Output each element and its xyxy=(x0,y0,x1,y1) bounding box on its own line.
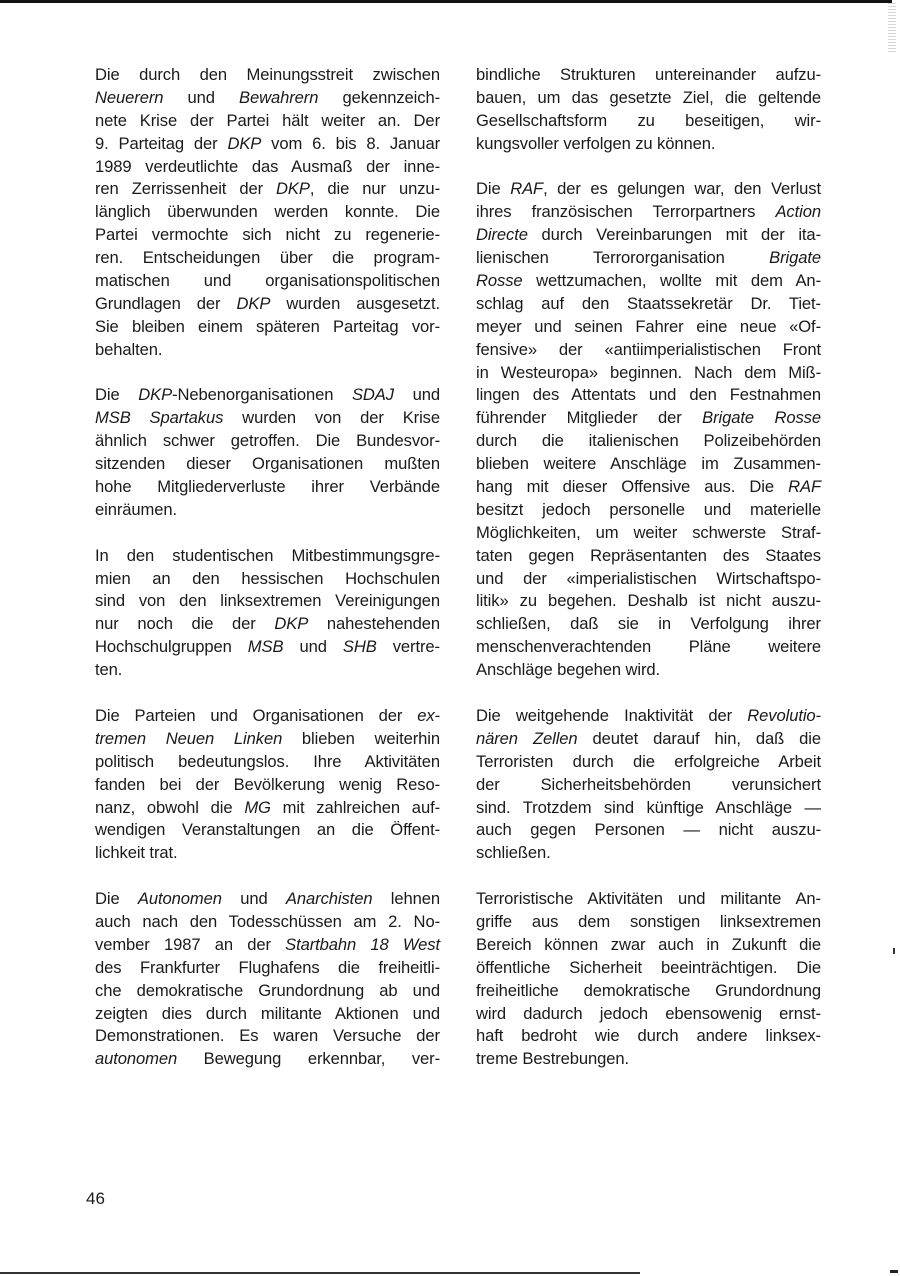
italic-term: Bewahrern xyxy=(239,88,318,107)
text-line: Terroristische Aktivitäten und militante… xyxy=(476,888,821,911)
text-run: und xyxy=(283,637,342,656)
text-line: taten gegen Repräsentanten des Staates xyxy=(476,545,821,568)
text-run: nanz, obwohl die xyxy=(95,798,244,817)
paragraph: Die durch den Meinungsstreit zwischenNeu… xyxy=(95,64,440,362)
text-run: Anschläge begehen wird. xyxy=(476,660,660,679)
text-run: und xyxy=(222,889,286,908)
text-run: haft bedroht wie durch andere linksex- xyxy=(476,1026,821,1045)
text-line: und der «imperialistischen Wirtschaftspo… xyxy=(476,568,821,591)
text-line: fanden bei der Bevölkerung wenig Reso- xyxy=(95,774,440,797)
text-run: sind. Trotzdem sind künftige Anschläge — xyxy=(476,798,821,817)
text-line: Neuerern und Bewahrern gekennzeich- xyxy=(95,87,440,110)
text-run: lingen des Attentats und den Festnahmen xyxy=(476,385,821,404)
text-line: hang mit dieser Offensive aus. Die RAF xyxy=(476,476,821,499)
text-line: che demokratische Grundordnung ab und xyxy=(95,980,440,1003)
italic-term: Revolutio- xyxy=(747,706,821,725)
text-line: auch gegen Personen — nicht auszu- xyxy=(476,819,821,842)
text-run: nahestehenden xyxy=(308,614,440,633)
text-line: in Westeuropa» beginnen. Nach dem Miß- xyxy=(476,362,821,385)
italic-term: Brigate Rosse xyxy=(702,408,821,427)
text-run: Terroristen durch die erfolgreiche Arbei… xyxy=(476,752,821,771)
text-run: che demokratische Grundordnung ab und xyxy=(95,981,440,1000)
paragraph: Die weitgehende Inaktivität der Revoluti… xyxy=(476,705,821,865)
text-line: Directe durch Vereinbarungen mit der ita… xyxy=(476,224,821,247)
italic-term: Startbahn 18 West xyxy=(285,935,440,954)
text-line: griffe aus dem sonstigen linksextremen xyxy=(476,911,821,934)
italic-term: nären Zellen xyxy=(476,729,578,748)
text-line: autonomen Bewegung erkennbar, ver- xyxy=(95,1048,440,1071)
text-run: ten. xyxy=(95,660,122,679)
text-run: In den studentischen Mitbestimmungsgre- xyxy=(95,546,440,565)
italic-term: Autonomen xyxy=(138,889,222,908)
text-line: lienischen Terrororganisation Brigate xyxy=(476,247,821,270)
text-line: In den studentischen Mitbestimmungsgre- xyxy=(95,545,440,568)
text-run: hang mit dieser Offensive aus. Die xyxy=(476,477,788,496)
text-line: besitzt jedoch personelle und materielle xyxy=(476,499,821,522)
text-run: lehnen xyxy=(372,889,440,908)
text-line: sind. Trotzdem sind künftige Anschläge — xyxy=(476,797,821,820)
text-line: meyer und seinen Fahrer eine neue «Of- xyxy=(476,316,821,339)
text-line: ren Zerrissenheit der DKP, die nur unzu- xyxy=(95,178,440,201)
text-line: lingen des Attentats und den Festnahmen xyxy=(476,384,821,407)
italic-term: DKP xyxy=(138,385,172,404)
text-line: bindliche Strukturen untereinander aufzu… xyxy=(476,64,821,87)
text-run: ren. Entscheidungen über die program- xyxy=(95,248,440,267)
italic-term: Brigate xyxy=(769,248,821,267)
text-run: deutet darauf hin, daß die xyxy=(578,729,821,748)
italic-term: Neuerern xyxy=(95,88,163,107)
text-line: tremen Neuen Linken blieben weiterhin xyxy=(95,728,440,751)
paragraph: Die Autonomen und Anarchisten lehnenauch… xyxy=(95,888,440,1071)
text-run: durch die italienischen Polizeibehörden xyxy=(476,431,821,450)
scan-artifact-top-right xyxy=(888,3,896,53)
italic-term: MSB Spartakus xyxy=(95,408,223,427)
italic-term: DKP xyxy=(227,134,261,153)
text-line: lichkeit trat. xyxy=(95,842,440,865)
text-run: Sie bleiben einem späteren Parteitag vor… xyxy=(95,317,440,336)
text-run: vertre- xyxy=(377,637,440,656)
text-run: Die xyxy=(95,889,138,908)
text-run: des Frankfurter Flughafens die freiheitl… xyxy=(95,958,440,977)
text-run: nur noch die der xyxy=(95,614,274,633)
text-run: blieben weitere Anschläge im Zusammen- xyxy=(476,454,821,473)
text-line: Grundlagen der DKP wurden ausgesetzt. xyxy=(95,293,440,316)
text-line: vember 1987 an der Startbahn 18 West xyxy=(95,934,440,957)
text-line: öffentliche Sicherheit beeinträchtigen. … xyxy=(476,957,821,980)
text-line: schlag auf den Staatssekretär Dr. Tiet- xyxy=(476,293,821,316)
text-run: taten gegen Repräsentanten des Staates xyxy=(476,546,821,565)
italic-term: DKP xyxy=(274,614,308,633)
text-line: nären Zellen deutet darauf hin, daß die xyxy=(476,728,821,751)
italic-term: SHB xyxy=(343,637,377,656)
italic-term: RAF xyxy=(510,179,543,198)
scan-top-edge xyxy=(0,0,892,3)
text-run: wurden von der Krise xyxy=(223,408,440,427)
text-run: auch nach den Todesschüssen am 2. No- xyxy=(95,912,440,931)
scan-bottom-edge xyxy=(0,1272,640,1274)
italic-term: RAF xyxy=(788,477,821,496)
text-line: Die Autonomen und Anarchisten lehnen xyxy=(95,888,440,911)
text-run: Die Parteien und Organisationen der xyxy=(95,706,417,725)
text-run: und xyxy=(163,88,239,107)
text-run: ren Zerrissenheit der xyxy=(95,179,276,198)
text-line: politisch bedeutungslos. Ihre Aktivitäte… xyxy=(95,751,440,774)
text-run: matischen und organisationspolitischen xyxy=(95,271,440,290)
text-run: schließen. xyxy=(476,843,551,862)
text-line: zeigten dies durch militante Aktionen un… xyxy=(95,1003,440,1026)
text-run: Partei vermochte sich nicht zu regenerie… xyxy=(95,225,440,244)
text-line: ren. Entscheidungen über die program- xyxy=(95,247,440,270)
italic-term: ex- xyxy=(417,706,440,725)
text-run: lienischen Terrororganisation xyxy=(476,248,769,267)
text-run: Die weitgehende Inaktivität der xyxy=(476,706,747,725)
italic-term: DKP xyxy=(276,179,310,198)
right-column: bindliche Strukturen untereinander aufzu… xyxy=(476,64,821,1094)
italic-term: DKP xyxy=(237,294,271,313)
text-run: lichkeit trat. xyxy=(95,843,178,862)
text-run: länglich überwunden werden konnte. Die xyxy=(95,202,440,221)
text-line: Die durch den Meinungsstreit zwischen xyxy=(95,64,440,87)
text-line: 9. Parteitag der DKP vom 6. bis 8. Janua… xyxy=(95,133,440,156)
text-line: MSB Spartakus wurden von der Krise xyxy=(95,407,440,430)
text-line: schließen. xyxy=(476,842,821,865)
text-line: kungsvoller verfolgen zu können. xyxy=(476,133,821,156)
text-line: einräumen. xyxy=(95,499,440,522)
text-line: Die RAF, der es gelungen war, den Verlus… xyxy=(476,178,821,201)
text-line: treme Bestrebungen. xyxy=(476,1048,821,1071)
text-line: Partei vermochte sich nicht zu regenerie… xyxy=(95,224,440,247)
text-line: sind von den linksextremen Vereinigungen xyxy=(95,590,440,613)
text-run: treme Bestrebungen. xyxy=(476,1049,629,1068)
text-line: sitzenden dieser Organisationen mußten xyxy=(95,453,440,476)
text-line: auch nach den Todesschüssen am 2. No- xyxy=(95,911,440,934)
text-run: führender Mitglieder der xyxy=(476,408,702,427)
text-run: in Westeuropa» beginnen. Nach dem Miß- xyxy=(476,363,821,382)
text-run: -Nebenorganisationen xyxy=(172,385,352,404)
text-line: 1989 verdeutlichte das Ausmaß der inne- xyxy=(95,156,440,179)
text-run: sitzenden dieser Organisationen mußten xyxy=(95,454,440,473)
text-run: fensive» der «antiimperialistischen Fron… xyxy=(476,340,821,359)
text-run: gekennzeich- xyxy=(318,88,440,107)
text-run: wettzumachen, wollte mit dem An- xyxy=(523,271,821,290)
italic-term: Action xyxy=(775,202,821,221)
text-line: nur noch die der DKP nahestehenden xyxy=(95,613,440,636)
paragraph: Die Parteien und Organisationen der ex-t… xyxy=(95,705,440,865)
scan-artifact-side xyxy=(893,948,895,954)
text-run: Die xyxy=(476,179,510,198)
text-run: schlag auf den Staatssekretär Dr. Tiet- xyxy=(476,294,821,313)
text-run: besitzt jedoch personelle und materielle xyxy=(476,500,821,519)
text-run: Bereich können zwar auch in Zukunft die xyxy=(476,935,821,954)
text-line: matischen und organisationspolitischen xyxy=(95,270,440,293)
text-run: hohe Mitgliederverluste ihrer Verbände xyxy=(95,477,440,496)
scan-artifact-bottom-right xyxy=(890,1270,898,1273)
text-run: fanden bei der Bevölkerung wenig Reso- xyxy=(95,775,440,794)
text-run: auch gegen Personen — nicht auszu- xyxy=(476,820,821,839)
text-run: Bewegung erkennbar, ver- xyxy=(177,1049,440,1068)
text-line: hohe Mitgliederverluste ihrer Verbände xyxy=(95,476,440,499)
text-run: menschenverachtenden Pläne weitere xyxy=(476,637,821,656)
text-run: kungsvoller verfolgen zu können. xyxy=(476,134,715,153)
text-run: litik» zu begehen. Deshalb ist nicht aus… xyxy=(476,591,821,610)
text-run: vom 6. bis 8. Januar xyxy=(261,134,440,153)
text-line: Sie bleiben einem späteren Parteitag vor… xyxy=(95,316,440,339)
italic-term: MG xyxy=(244,798,271,817)
text-run: zeigten dies durch militante Aktionen un… xyxy=(95,1004,440,1023)
text-line: Bereich können zwar auch in Zukunft die xyxy=(476,934,821,957)
paragraph: bindliche Strukturen untereinander aufzu… xyxy=(476,64,821,156)
italic-term: tremen Neuen Linken xyxy=(95,729,282,748)
italic-term: SDAJ xyxy=(352,385,394,404)
page-number: 46 xyxy=(86,1189,105,1209)
text-run: , die nur unzu- xyxy=(310,179,440,198)
text-run: und der «imperialistischen Wirtschaftspo… xyxy=(476,569,821,588)
text-run: mit zahlreichen auf- xyxy=(271,798,440,817)
text-line: des Frankfurter Flughafens die freiheitl… xyxy=(95,957,440,980)
text-line: ähnlich schwer getroffen. Die Bundesvor- xyxy=(95,430,440,453)
text-run: der Sicherheitsbehörden verunsichert xyxy=(476,775,821,794)
text-line: mien an den hessischen Hochschulen xyxy=(95,568,440,591)
text-run: bauen, um das gesetzte Ziel, die geltend… xyxy=(476,88,821,107)
text-line: nanz, obwohl die MG mit zahlreichen auf- xyxy=(95,797,440,820)
text-line: durch die italienischen Polizeibehörden xyxy=(476,430,821,453)
text-run: meyer und seinen Fahrer eine neue «Of- xyxy=(476,317,821,336)
text-line: Hochschulgruppen MSB und SHB vertre- xyxy=(95,636,440,659)
italic-term: autonomen xyxy=(95,1049,177,1068)
text-line: länglich überwunden werden konnte. Die xyxy=(95,201,440,224)
text-line: haft bedroht wie durch andere linksex- xyxy=(476,1025,821,1048)
paragraph: Die DKP-Nebenorganisationen SDAJ undMSB … xyxy=(95,384,440,521)
text-run: Die xyxy=(95,385,138,404)
text-run: Hochschulgruppen xyxy=(95,637,248,656)
text-line: wendigen Veranstaltungen an die Öffent- xyxy=(95,819,440,842)
paragraph: In den studentischen Mitbestimmungsgre-m… xyxy=(95,545,440,682)
text-run: nete Krise der Partei hält weiter an. De… xyxy=(95,111,440,130)
text-line: Rosse wettzumachen, wollte mit dem An- xyxy=(476,270,821,293)
text-run: wird dadurch jedoch ebensowenig ernst- xyxy=(476,1004,821,1023)
text-run: blieben weiterhin xyxy=(282,729,440,748)
text-line: fensive» der «antiimperialistischen Fron… xyxy=(476,339,821,362)
text-run: , der es gelungen war, den Verlust xyxy=(543,179,821,198)
text-line: Terroristen durch die erfolgreiche Arbei… xyxy=(476,751,821,774)
text-line: Gesellschaftsform zu beseitigen, wir- xyxy=(476,110,821,133)
text-run: mien an den hessischen Hochschulen xyxy=(95,569,440,588)
text-run: behalten. xyxy=(95,340,162,359)
left-column: Die durch den Meinungsstreit zwischenNeu… xyxy=(95,64,440,1094)
text-run: 9. Parteitag der xyxy=(95,134,227,153)
text-run: ihres französischen Terrorpartners xyxy=(476,202,775,221)
text-run: wendigen Veranstaltungen an die Öffent- xyxy=(95,820,440,839)
text-line: schließen, daß sie in Verfolgung ihrer xyxy=(476,613,821,636)
text-line: Demonstrationen. Es waren Versuche der xyxy=(95,1025,440,1048)
text-run: wurden ausgesetzt. xyxy=(270,294,440,313)
text-line: blieben weitere Anschläge im Zusammen- xyxy=(476,453,821,476)
text-line: menschenverachtenden Pläne weitere xyxy=(476,636,821,659)
text-run: freiheitliche demokratische Grundordnung xyxy=(476,981,821,1000)
text-line: wird dadurch jedoch ebensowenig ernst- xyxy=(476,1003,821,1026)
paragraph: Terroristische Aktivitäten und militante… xyxy=(476,888,821,1071)
text-line: Die weitgehende Inaktivität der Revoluti… xyxy=(476,705,821,728)
text-run: 1989 verdeutlichte das Ausmaß der inne- xyxy=(95,157,440,176)
text-run: öffentliche Sicherheit beeinträchtigen. … xyxy=(476,958,821,977)
text-run: bindliche Strukturen untereinander aufzu… xyxy=(476,65,821,84)
italic-term: Directe xyxy=(476,225,528,244)
italic-term: Rosse xyxy=(476,271,523,290)
text-run: vember 1987 an der xyxy=(95,935,285,954)
text-run: einräumen. xyxy=(95,500,177,519)
text-run: Grundlagen der xyxy=(95,294,237,313)
text-run: durch Vereinbarungen mit der ita- xyxy=(528,225,821,244)
text-line: bauen, um das gesetzte Ziel, die geltend… xyxy=(476,87,821,110)
text-run: und xyxy=(394,385,440,404)
text-line: litik» zu begehen. Deshalb ist nicht aus… xyxy=(476,590,821,613)
text-run: Möglichkeiten, um weiter schwerste Straf… xyxy=(476,523,821,542)
text-line: Möglichkeiten, um weiter schwerste Straf… xyxy=(476,522,821,545)
italic-term: Anarchisten xyxy=(286,889,373,908)
text-run: ähnlich schwer getroffen. Die Bundesvor- xyxy=(95,431,440,450)
text-run: griffe aus dem sonstigen linksextremen xyxy=(476,912,821,931)
text-run: Gesellschaftsform zu beseitigen, wir- xyxy=(476,111,821,130)
text-run: schließen, daß sie in Verfolgung ihrer xyxy=(476,614,821,633)
text-line: ten. xyxy=(95,659,440,682)
text-line: ihres französischen Terrorpartners Actio… xyxy=(476,201,821,224)
text-line: Die Parteien und Organisationen der ex- xyxy=(95,705,440,728)
text-run: Terroristische Aktivitäten und militante… xyxy=(476,889,821,908)
text-line: der Sicherheitsbehörden verunsichert xyxy=(476,774,821,797)
text-run: Die durch den Meinungsstreit zwischen xyxy=(95,65,440,84)
text-line: behalten. xyxy=(95,339,440,362)
text-run: Demonstrationen. Es waren Versuche der xyxy=(95,1026,440,1045)
italic-term: MSB xyxy=(248,637,284,656)
text-run: politisch bedeutungslos. Ihre Aktivitäte… xyxy=(95,752,440,771)
text-line: führender Mitglieder der Brigate Rosse xyxy=(476,407,821,430)
text-line: Die DKP-Nebenorganisationen SDAJ und xyxy=(95,384,440,407)
text-line: freiheitliche demokratische Grundordnung xyxy=(476,980,821,1003)
text-line: nete Krise der Partei hält weiter an. De… xyxy=(95,110,440,133)
text-run: sind von den linksextremen Vereinigungen xyxy=(95,591,440,610)
paragraph: Die RAF, der es gelungen war, den Verlus… xyxy=(476,178,821,682)
text-line: Anschläge begehen wird. xyxy=(476,659,821,682)
